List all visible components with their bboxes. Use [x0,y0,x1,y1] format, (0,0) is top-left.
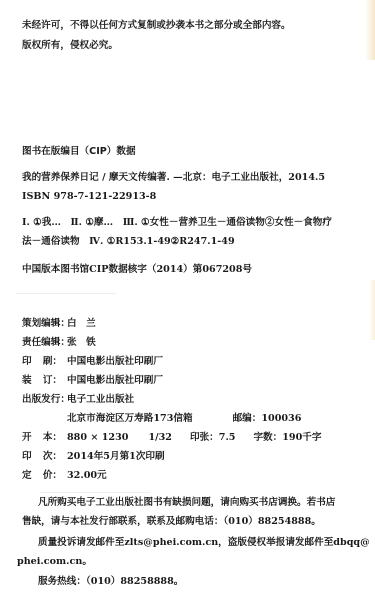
credit-label-a: 开 [22,432,32,444]
credit-binding: 装订：中国电影出版社印刷厂 [22,375,163,387]
credit-value: 2014年5月第1次印刷 [67,451,165,462]
postcode-label: 邮编： [233,413,262,424]
cip-title-line: 我的营养保养日记 / 摩天文传编著. —北京：电子工业出版社，2014.5 [22,172,325,184]
address-value: 北京市海淀区万寿路173信箱 [67,413,193,424]
credit-label: 责任编辑： [22,337,67,349]
notice-para2-line-1: 质量投诉请发邮件至zlts@phei.com.cn，盗版侵权举报请发邮件至dbq… [38,537,370,549]
credit-label: 定价： [22,470,62,482]
credit-label-a: 装 [22,375,32,387]
credit-label: 出版发行： [22,394,67,406]
divider [40,492,150,493]
credit-label-a: 印 [22,451,32,463]
divider [16,293,116,294]
words-label: 字数： [253,432,282,443]
cip-isbn: ISBN 978-7-121-22913-8 [22,191,156,203]
format-size: 880 × 1230 [67,432,128,443]
format-fold: 1/32 [148,432,172,443]
cip-heading: 图书在版编目（CIP）数据 [22,146,136,158]
notice-para3: 服务热线：（010）88258888。 [38,576,183,588]
credit-label: 策划编辑： [22,318,67,330]
copyright-line-1: 未经许可，不得以任何方式复制或抄袭本书之部分或全部内容。 [22,20,291,32]
postcode-value: 100036 [261,413,301,424]
notice-para2-line-2: phei.com.cn。 [17,556,92,568]
credit-label-b: 刷： [43,356,62,368]
credit-label-a: 印 [22,356,32,368]
copyright-line-2: 版权所有，侵权必究。 [22,40,118,52]
cip-core-data: 中国版本图书馆CIP数据核字（2014）第067208号 [22,264,252,276]
credit-label: 开本： [22,432,62,444]
page-edge-tint [369,280,375,340]
credit-value: 白 兰 [67,318,96,329]
credit-value: 中国电影出版社印刷厂 [67,356,163,367]
credit-value: 电子工业出版社 [67,394,134,405]
cip-classification-line-1: Ⅰ. ①我… Ⅱ. ①摩… Ⅲ. ①女性－营养卫生－通俗读物②女性－食物疗 [22,217,332,229]
credit-planning-editor: 策划编辑：白 兰 [22,318,96,330]
credit-label: 印刷： [22,356,62,368]
credit-format: 开本：880 × 12301/32印张：7.5字数：190千字 [22,432,321,444]
notice-para1-line-2: 售缺，请与本社发行部联系，联系及邮购电话：（010）88254888。 [22,516,321,528]
credit-label: 装订： [22,375,62,387]
credit-label-a: 定 [22,470,32,482]
credit-responsible-editor: 责任编辑：张 铁 [22,337,96,349]
credit-price: 定价：32.00元 [22,470,107,482]
cip-classification-line-2: 法－通俗读物 Ⅳ. ①R153.1-49②R247.1-49 [22,236,235,248]
credit-address: 北京市海淀区万寿路173信箱邮编：100036 [22,413,301,425]
credit-label: 印次： [22,451,62,463]
page-edge-tint [365,0,375,60]
credit-printing: 印刷：中国电影出版社印刷厂 [22,356,163,368]
notice-para1-line-1: 凡所购买电子工业出版社图书有缺损问题，请向购买书店调换。若书店 [38,497,335,509]
credit-label-b: 次： [43,451,62,463]
credit-label-b: 价： [43,470,62,482]
credit-value: 中国电影出版社印刷厂 [67,375,163,386]
credit-label-b: 订： [43,375,62,387]
credit-label-b: 本： [43,432,62,444]
credit-value: 张 铁 [67,337,96,348]
sheets-value: 7.5 [219,432,236,443]
credit-impression: 印次：2014年5月第1次印刷 [22,451,165,463]
credit-value: 32.00元 [67,470,107,481]
sheets-label: 印张： [190,432,219,443]
words-value: 190千字 [282,432,321,443]
credit-publisher: 出版发行：电子工业出版社 [22,394,134,406]
